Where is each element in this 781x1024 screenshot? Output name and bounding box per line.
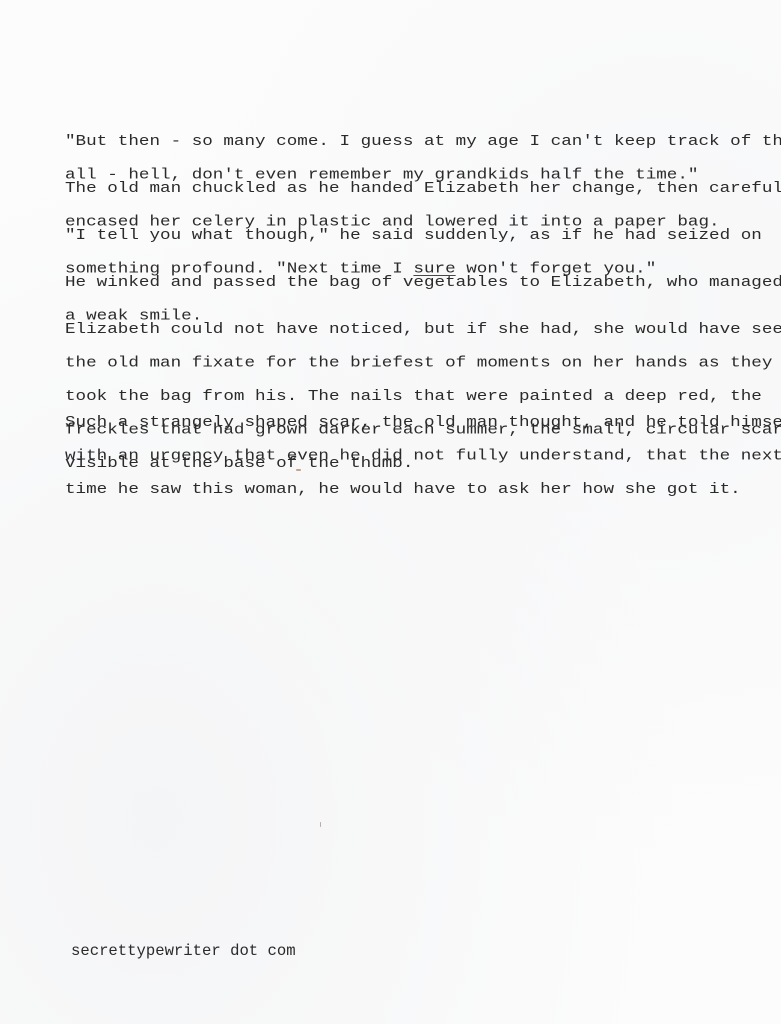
text-line: "I tell you what though," he said sudden…: [65, 230, 762, 241]
typewritten-page: "But then - so many come. I guess at my …: [0, 0, 781, 1024]
text-line: The old man chuckled as he handed Elizab…: [65, 183, 781, 194]
text-line: Elizabeth could not have noticed, but if…: [65, 324, 781, 335]
text-line: the old man fixate for the briefest of m…: [65, 358, 781, 369]
text-line: with an urgency that even he did not ful…: [65, 451, 781, 462]
paragraph-6: Such a strangely shaped scar, the old ma…: [65, 395, 781, 518]
footer-website: secrettypewriter dot com: [71, 942, 296, 960]
text-line: Such a strangely shaped scar, the old ma…: [65, 417, 781, 428]
text-line: He winked and passed the bag of vegetabl…: [65, 277, 781, 288]
ink-speck: [320, 822, 321, 827]
text-line: time he saw this woman, he would have to…: [65, 484, 781, 495]
ink-speck: [296, 469, 301, 471]
text-line: "But then - so many come. I guess at my …: [65, 136, 781, 147]
